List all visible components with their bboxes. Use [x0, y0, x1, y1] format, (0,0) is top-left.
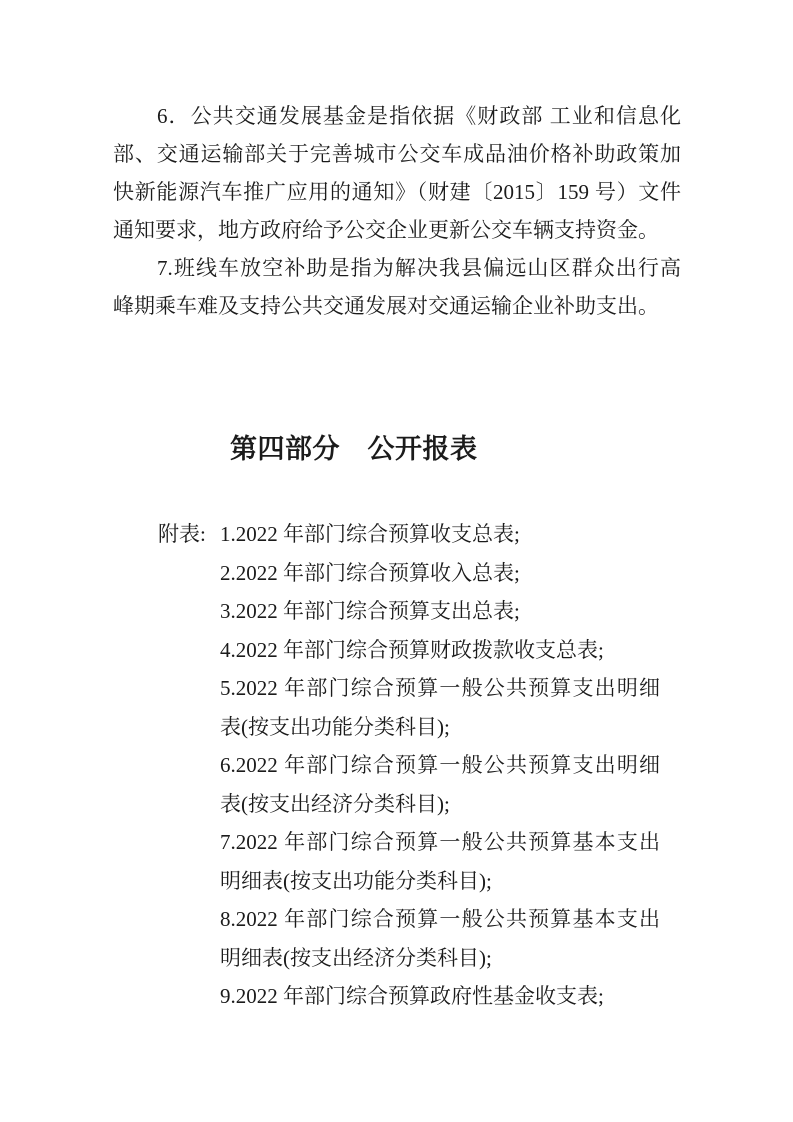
text-line: 7.班线车放空补助是指为解决我县偏远山区群众出行高 [113, 249, 681, 287]
appendix-item: 8.2022 年部门综合预算一般公共预算基本支出明细表(按支出经济分类科目); [220, 900, 660, 977]
paragraph-6: 6．公共交通发展基金是指依据《财政部 工业和信息化 部、交通运输部关于完善城市公… [113, 97, 681, 249]
section-title: 第四部分 公开报表 [230, 429, 793, 469]
text-line: 快新能源汽车推广应用的通知》（财建〔2015〕159 号）文件 [113, 173, 681, 211]
appendix-item: 1.2022 年部门综合预算收支总表; [220, 515, 660, 554]
appendix-item: 9.2022 年部门综合预算政府性基金收支表; [220, 977, 660, 1016]
paragraph-7: 7.班线车放空补助是指为解决我县偏远山区群众出行高 峰期乘车难及支持公共交通发展… [113, 249, 681, 325]
appendix-items: 1.2022 年部门综合预算收支总表; 2.2022 年部门综合预算收入总表; … [220, 515, 660, 1016]
document-page: 6．公共交通发展基金是指依据《财政部 工业和信息化 部、交通运输部关于完善城市公… [0, 0, 793, 1122]
appendix-item: 2.2022 年部门综合预算收入总表; [220, 554, 660, 593]
text-line: 峰期乘车难及支持公共交通发展对交通运输企业补助支出。 [113, 287, 681, 325]
text-line: 部、交通运输部关于完善城市公交车成品油价格补助政策加 [113, 135, 681, 173]
appendix-item: 5.2022 年部门综合预算一般公共预算支出明细表(按支出功能分类科目); [220, 669, 660, 746]
appendix-item: 3.2022 年部门综合预算支出总表; [220, 592, 660, 631]
appendix-item: 4.2022 年部门综合预算财政拨款收支总表; [220, 631, 660, 670]
appendix-list: 附表: 1.2022 年部门综合预算收支总表; 2.2022 年部门综合预算收入… [158, 515, 793, 1016]
appendix-item: 7.2022 年部门综合预算一般公共预算基本支出明细表(按支出功能分类科目); [220, 823, 660, 900]
text-line: 通知要求，地方政府给予公交企业更新公交车辆支持资金。 [113, 211, 681, 249]
appendix-item: 6.2022 年部门综合预算一般公共预算支出明细表(按支出经济分类科目); [220, 746, 660, 823]
text-line: 6．公共交通发展基金是指依据《财政部 工业和信息化 [113, 97, 681, 135]
appendix-label: 附表: [158, 515, 206, 554]
